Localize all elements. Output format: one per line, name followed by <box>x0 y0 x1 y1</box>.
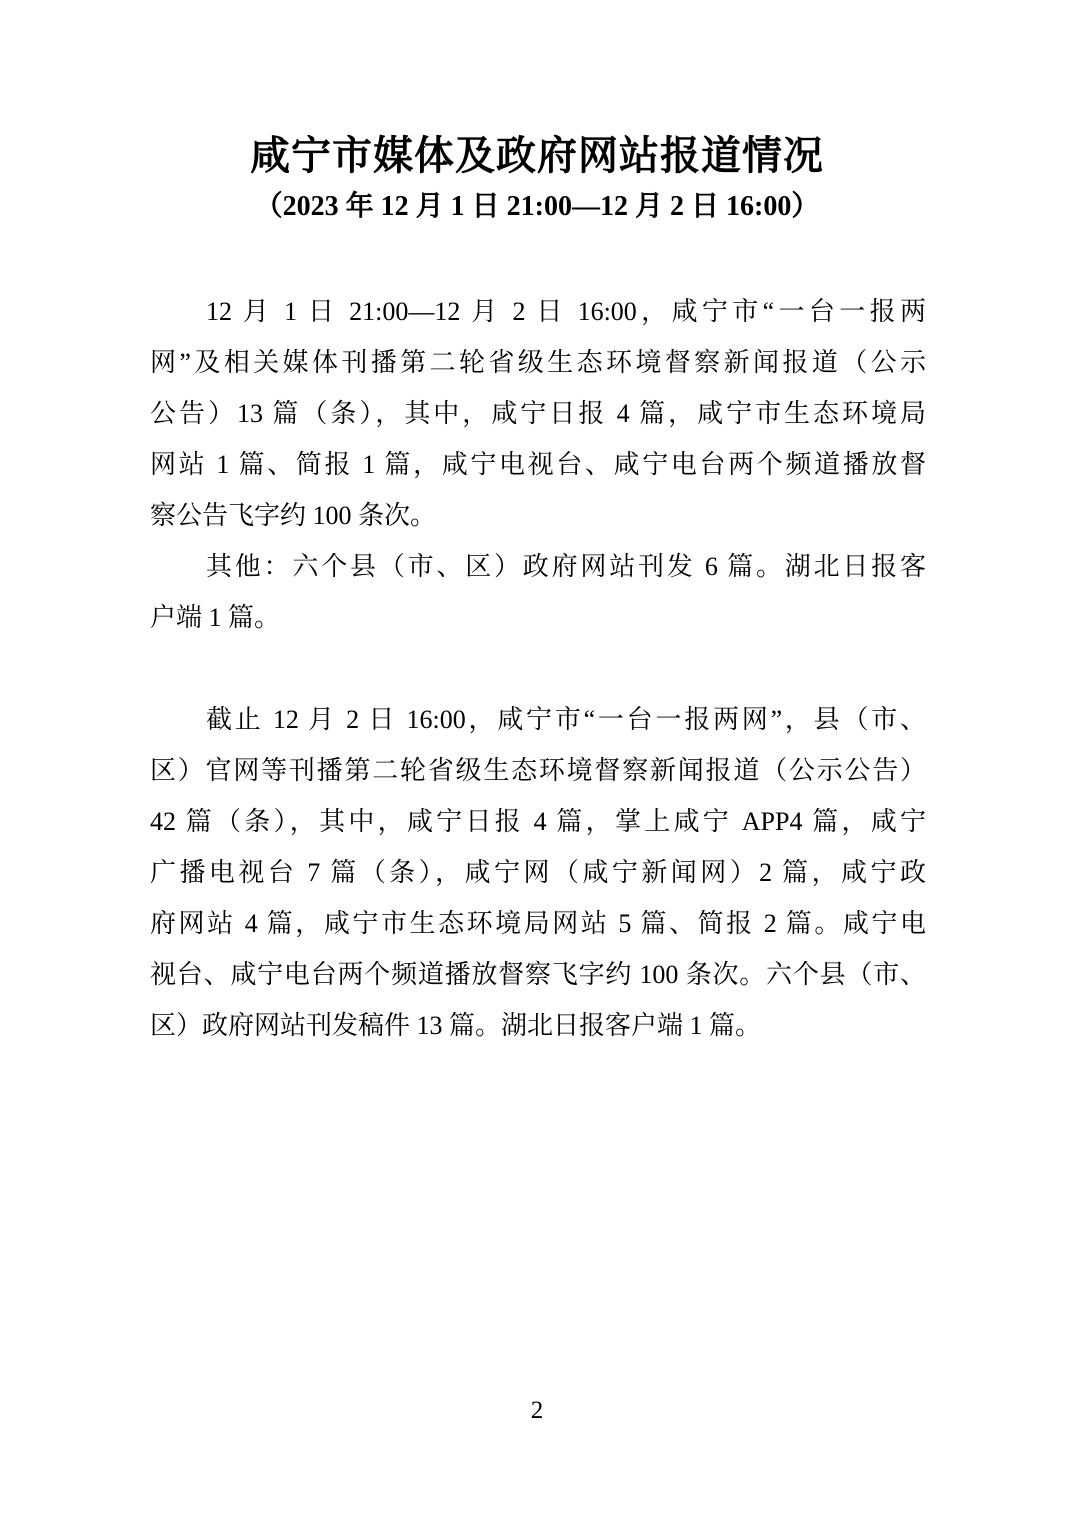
paragraph-line: 府网站 4 篇，咸宁市生态环境局网站 5 篇、简报 2 篇。咸宁电 <box>150 898 926 949</box>
page-number: 2 <box>0 1396 1074 1426</box>
paragraph-overview: 12 月 1 日 21:00—12 月 2 日 16:00，咸宁市“一台一报两 … <box>150 286 926 541</box>
paragraph-line: 网”及相关媒体刊播第二轮省级生态环境督察新闻报道（公示 <box>150 337 926 388</box>
paragraph-line: 其他：六个县（市、区）政府网站刊发 6 篇。湖北日报客 <box>150 541 926 592</box>
paragraph-line: 广播电视台 7 篇（条），咸宁网（咸宁新闻网）2 篇，咸宁政 <box>150 847 926 898</box>
paragraph-cumulative: 截止 12 月 2 日 16:00，咸宁市“一台一报两网”，县（市、 区）官网等… <box>150 694 926 1051</box>
paragraph-other: 其他：六个县（市、区）政府网站刊发 6 篇。湖北日报客 户端 1 篇。 <box>150 541 926 643</box>
paragraph-line: 网站 1 篇、简报 1 篇，咸宁电视台、咸宁电台两个频道播放督 <box>150 439 926 490</box>
page-subtitle: （2023 年 12 月 1 日 21:00—12 月 2 日 16:00） <box>0 186 1074 228</box>
paragraph-line: 12 月 1 日 21:00—12 月 2 日 16:00，咸宁市“一台一报两 <box>150 286 926 337</box>
paragraph-line: 户端 1 篇。 <box>150 592 926 643</box>
page-title: 咸宁市媒体及政府网站报道情况 <box>0 0 1074 186</box>
paragraph-line: 视台、咸宁电台两个频道播放督察飞字约 100 条次。六个县（市、 <box>150 949 926 1000</box>
document-body: 12 月 1 日 21:00—12 月 2 日 16:00，咸宁市“一台一报两 … <box>150 286 926 1051</box>
paragraph-line: 区）官网等刊播第二轮省级生态环境督察新闻报道（公示公告） <box>150 745 926 796</box>
paragraph-line: 区）政府网站刊发稿件 13 篇。湖北日报客户端 1 篇。 <box>150 1000 926 1051</box>
paragraph-line: 公告）13 篇（条），其中，咸宁日报 4 篇，咸宁市生态环境局 <box>150 388 926 439</box>
paragraph-line: 截止 12 月 2 日 16:00，咸宁市“一台一报两网”，县（市、 <box>150 694 926 745</box>
paragraph-line: 42 篇（条），其中，咸宁日报 4 篇，掌上咸宁 APP4 篇，咸宁 <box>150 796 926 847</box>
document-page: 咸宁市媒体及政府网站报道情况 （2023 年 12 月 1 日 21:00—12… <box>0 0 1074 1520</box>
paragraph-line: 察公告飞字约 100 条次。 <box>150 490 926 541</box>
